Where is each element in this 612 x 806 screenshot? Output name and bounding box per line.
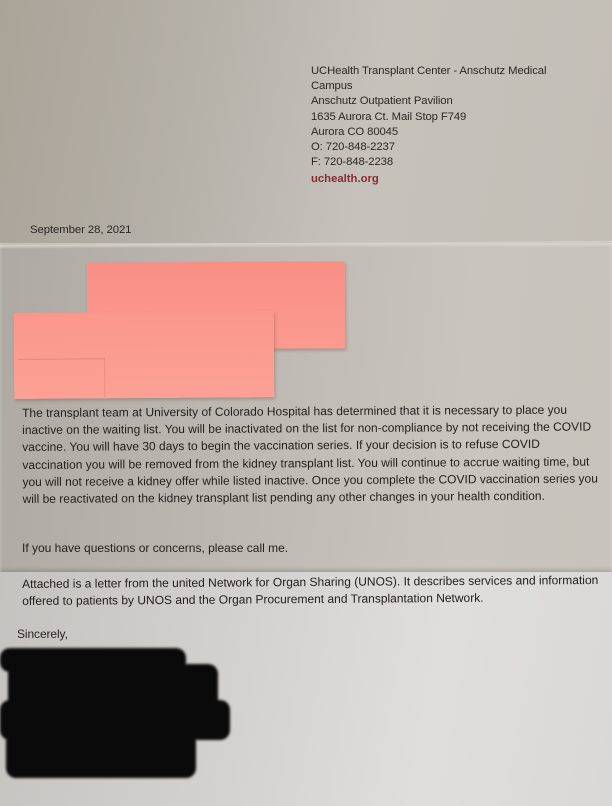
letterhead-address: UCHealth Transplant Center - Anschutz Me… xyxy=(311,64,546,170)
letterhead-line: 1635 Aurora Ct. Mail Stop F749 xyxy=(311,110,546,125)
letter-date: September 28, 2021 xyxy=(30,224,131,236)
body-paragraph: Attached is a letter from the united Net… xyxy=(22,572,602,610)
redaction-sticky-note xyxy=(14,311,275,399)
closing: Sincerely, xyxy=(17,627,68,641)
letterhead-line: O: 720-848-2237 xyxy=(311,140,546,155)
website-link: uchealth.org xyxy=(311,173,379,185)
letterhead-line: F: 720-848-2238 xyxy=(311,155,546,170)
letterhead-line: Campus xyxy=(311,79,546,94)
letterhead-line: Aurora CO 80045 xyxy=(311,125,546,140)
letterhead-line: Anschutz Outpatient Pavilion xyxy=(311,94,546,109)
letterhead-line: UCHealth Transplant Center - Anschutz Me… xyxy=(311,64,546,79)
body-paragraph: The transplant team at University of Col… xyxy=(22,401,603,508)
signature-redaction xyxy=(6,732,196,778)
sticky-note-crease xyxy=(18,358,105,398)
body-paragraph: If you have questions or concerns, pleas… xyxy=(22,540,602,557)
